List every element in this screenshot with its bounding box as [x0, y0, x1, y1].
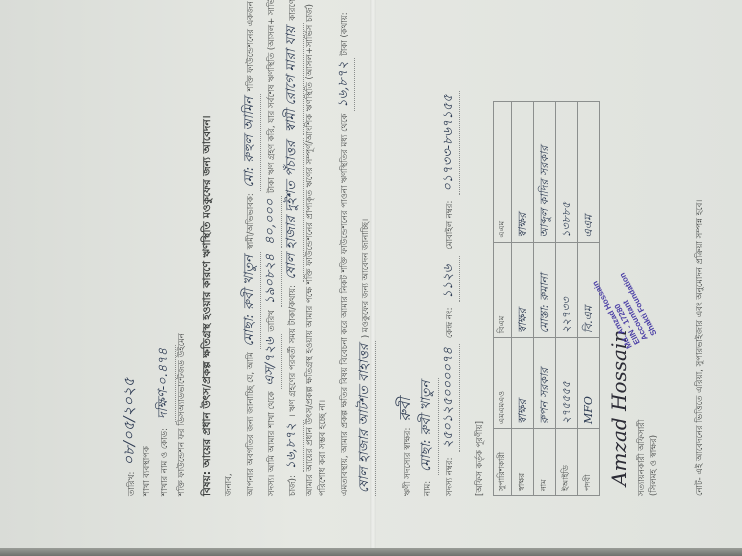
branch-row: শাখার নাম ও কোড: দক্ষিণ-০.৪৭৪: [154, 0, 175, 496]
table-cell: ২২৭৩৩: [556, 242, 578, 338]
attestor-signature: Amzad Hossain: [604, 330, 635, 486]
attestation-block: Amzad Hossain Md. Amzad Hossain EIIN - 1…: [600, 0, 660, 496]
footnote: নোট- এই আবেদনের ভিত্তিতে এরিয়া, সুপারভা…: [694, 0, 707, 496]
outstanding-amount: ১৬,৮৭২: [282, 420, 303, 472]
row-label: পদবী: [578, 429, 600, 496]
waiver-amount-words: ষোল হাজার আটশত বাহাত্তর: [355, 341, 376, 496]
table-cell: এএম: [578, 102, 600, 243]
member-name-label: নাম:: [422, 481, 435, 496]
member-no: ২৫০১২৫০০০০৭৪: [439, 344, 460, 451]
official-stamp: Md. Amzad Hossain EIIN - 17280 Accountan…: [591, 266, 659, 350]
recipient: শাখা ব্যবস্থাপক: [141, 0, 154, 496]
text: তারিখ: [267, 310, 277, 332]
organization-name: শক্তি ফাউন্ডেশন ফর ডিসঅ্যাডভান্টেজড উইমে…: [176, 333, 189, 496]
table-cell: স্বাক্ষর: [511, 242, 533, 338]
branch-label: শাখার নাম ও কোড:: [159, 428, 172, 496]
recipient-label: শাখা ব্যবস্থাপক: [141, 446, 154, 496]
office-table-row: ইআইডি২৭৫৫৫৫২২৭৩৩১৩৮৮৫: [556, 102, 578, 496]
loan-number: এস/৭২৬: [261, 334, 282, 388]
loss-cause: স্বামী রোগে মারা যায়: [282, 23, 303, 135]
table-cell: MFO: [578, 338, 600, 429]
table-cell: ২৭৫৫৫৫: [556, 338, 578, 429]
member-signature-row: ঋণী সদস্যের স্বাক্ষর: রুবী: [394, 0, 417, 496]
table-cell: রুপন সরকার: [533, 338, 555, 429]
row-label: ইআইডি: [556, 429, 578, 496]
table-cell: ১৩৮৮৫: [556, 102, 578, 243]
office-table-row: পদবীMFOবি.এমএএম: [578, 102, 600, 496]
salutation: জনাব,: [223, 0, 236, 496]
organization: শক্তি ফাউন্ডেশন ফর ডিসঅ্যাডভান্টেজড উইমে…: [176, 0, 189, 496]
waiver-amount: ১৬,৮৭২: [334, 58, 355, 110]
table-cell: স্বাক্ষর: [511, 338, 533, 429]
center-label: কেন্দ্র নং:: [444, 308, 457, 339]
row-label: স্বাক্ষর: [511, 429, 533, 496]
text: এমতাবস্থায়, আমার প্রকল্প ক্ষতির বিষয় ব…: [340, 114, 350, 497]
applicant-name: মোছা: রুবী খাতুন: [240, 252, 261, 349]
branch-value: দক্ষিণ-০.৪৭৪: [154, 345, 175, 422]
office-table: সুপারিশকারী এমএমএও বিএম এএম স্বাক্ষরস্বা…: [493, 101, 600, 496]
paragraph-2: এমতাবস্থায়, আমার প্রকল্প ক্ষতির বিষয় ব…: [334, 0, 376, 496]
col-header: সুপারিশকারী: [493, 429, 511, 496]
paragraph-1: আপনার অবগতির জন্য জানাচ্ছি যে, আমি মোছা:…: [240, 0, 330, 496]
office-table-row: স্বাক্ষরস্বাক্ষরস্বাক্ষরস্বাক্ষর: [511, 102, 533, 496]
member-signature: রুবী: [394, 398, 417, 422]
date-value: ০৮/০৫/২০২৫: [118, 378, 141, 466]
member-name-row: নাম: মোছা: রুবী খাতুন: [417, 0, 438, 496]
member-no-label: সদস্য নম্বর:: [444, 458, 457, 496]
loan-amount: ৪০,০০০: [261, 196, 282, 248]
table-cell: মোস্তা: রুমানা: [533, 242, 555, 338]
member-ids-row: সদস্য নম্বর: ২৫০১২৫০০০০৭৪ কেন্দ্র নং: ১১…: [439, 0, 460, 496]
subject-line: বিষয়: আয়ের প্রধান উৎস/প্রকল্প ক্ষতিগ্র…: [199, 0, 215, 496]
member-name: মোছা: রুবী খাতুন: [417, 378, 438, 475]
text: আপনার অবগতির জন্য জানাচ্ছি যে, আমি: [246, 352, 256, 496]
amount-in-words: ষোল হাজার দুইশত পঁচাত্তর: [282, 138, 303, 283]
row-label: নাম: [533, 429, 555, 496]
office-section-title: [অফিস কর্তৃক পূরণীয়]: [474, 0, 487, 496]
office-table-row: নামরুপন সরকারমোস্তা: রুমানাআব্দুল কাদির …: [533, 102, 555, 496]
loan-date: ১৯০৮২৪: [261, 251, 282, 308]
guardian-name: মো: রুহুল আমিন: [240, 94, 261, 191]
member-signature-label: ঋণী সদস্যের স্বাক্ষর:: [402, 428, 415, 496]
office-table-header: সুপারিশকারী এমএমএও বিএম এএম: [493, 102, 511, 496]
application-form: তারিখ: ০৮/০৫/২০২৫ শাখা ব্যবস্থাপক শাখার …: [58, 0, 718, 504]
table-cell: আব্দুল কাদির সরকার: [533, 102, 555, 243]
text: । ঋণ গ্রহণের পরবর্তী সময় টাকা/কথায়:: [288, 285, 298, 417]
date-label: তারিখ:: [126, 472, 139, 496]
table-cell: স্বাক্ষর: [511, 102, 533, 243]
seal-label: (সিলমহ ও স্বাক্ষর): [648, 435, 661, 496]
text: স্বামী/অভিভাবক:: [246, 193, 256, 249]
col-header: এমএমএও: [493, 338, 511, 429]
mobile-label: মোবাইল নম্বর:: [444, 201, 457, 250]
date-row: তারিখ: ০৮/০৫/২০২৫: [118, 0, 141, 496]
text: টাকা (কথায়:: [340, 12, 350, 55]
table-edge: [0, 548, 742, 556]
col-header: এএম: [493, 102, 511, 243]
col-header: বিএম: [493, 242, 511, 338]
mobile-no: ০১৭৩৩-৮৬৭১৫৫: [439, 91, 460, 194]
text: ) মওকুফের জন্য আবেদন জানাচ্ছি।: [361, 219, 371, 338]
center-no: ১১২৬: [439, 256, 460, 302]
